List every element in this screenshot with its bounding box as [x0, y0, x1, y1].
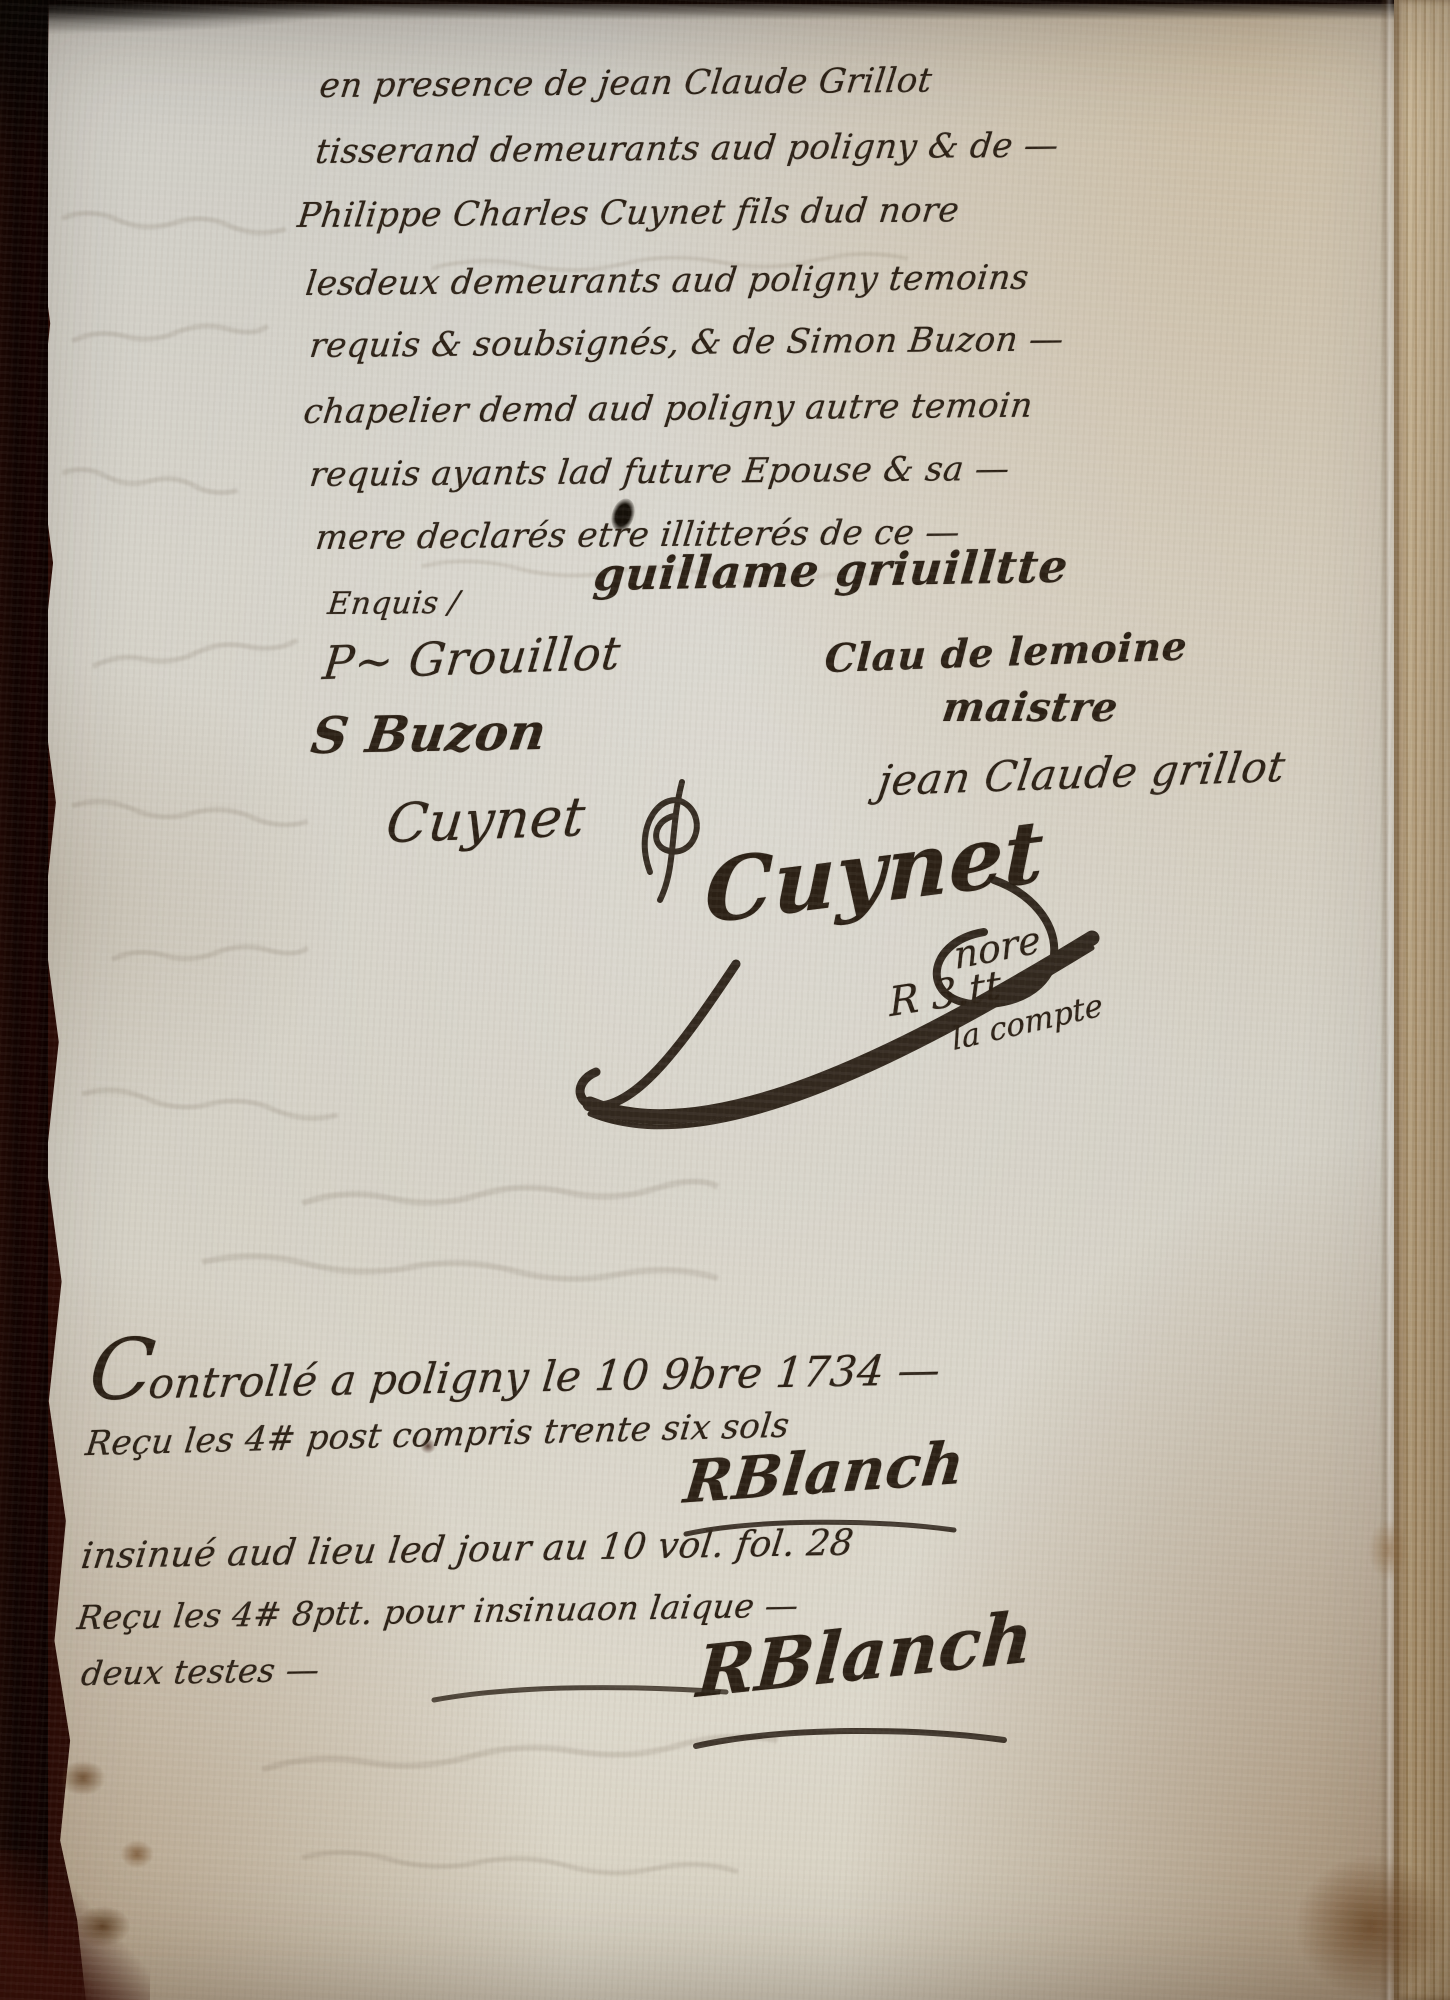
- act-line-4: lesdeux demeurants aud poligny temoins: [303, 258, 1031, 304]
- signature-guillame-grivillette: guillame griuilltte: [591, 540, 1070, 601]
- signature-p-grouillot: P~ Grouillot: [320, 626, 623, 691]
- act-line-5: requis & soubsignés, & de Simon Buzon —: [307, 319, 1065, 366]
- dark-corner-top-left: [0, 0, 380, 34]
- act-line-1: en presence de jean Claude Grillot: [317, 61, 934, 106]
- act-line-7: requis ayants lad future Epouse & sa —: [307, 449, 1011, 495]
- page-stack-fore-edge: [1394, 0, 1450, 2000]
- cuynet-grand-flourish: [566, 846, 1126, 1146]
- rblanch-2-underline: [690, 1724, 1010, 1758]
- signature-s-buzon: S Buzon: [308, 702, 551, 765]
- act-line-6: chapelier demd aud poligny autre temoin: [301, 386, 1035, 432]
- copies-line-dash-flourish: [430, 1680, 730, 1710]
- manuscript-photo: en presence de jean Claude Grillot tisse…: [0, 0, 1450, 2000]
- signature-maistre: maistre: [939, 684, 1121, 731]
- act-line-3: Philippe Charles Cuynet fils dud nore: [295, 190, 961, 236]
- page-fold-crease: [1380, 0, 1394, 2000]
- signature-cuynet-small: Cuynet: [383, 785, 588, 855]
- binding-wood-left: [0, 0, 48, 2000]
- act-line-2: tisserand demeurants aud poligny & de —: [313, 126, 1060, 173]
- copies-line: deux testes —: [79, 1650, 322, 1693]
- binding-wood-corner: [0, 1850, 150, 2000]
- act-line-enquis: Enquis /: [326, 585, 462, 622]
